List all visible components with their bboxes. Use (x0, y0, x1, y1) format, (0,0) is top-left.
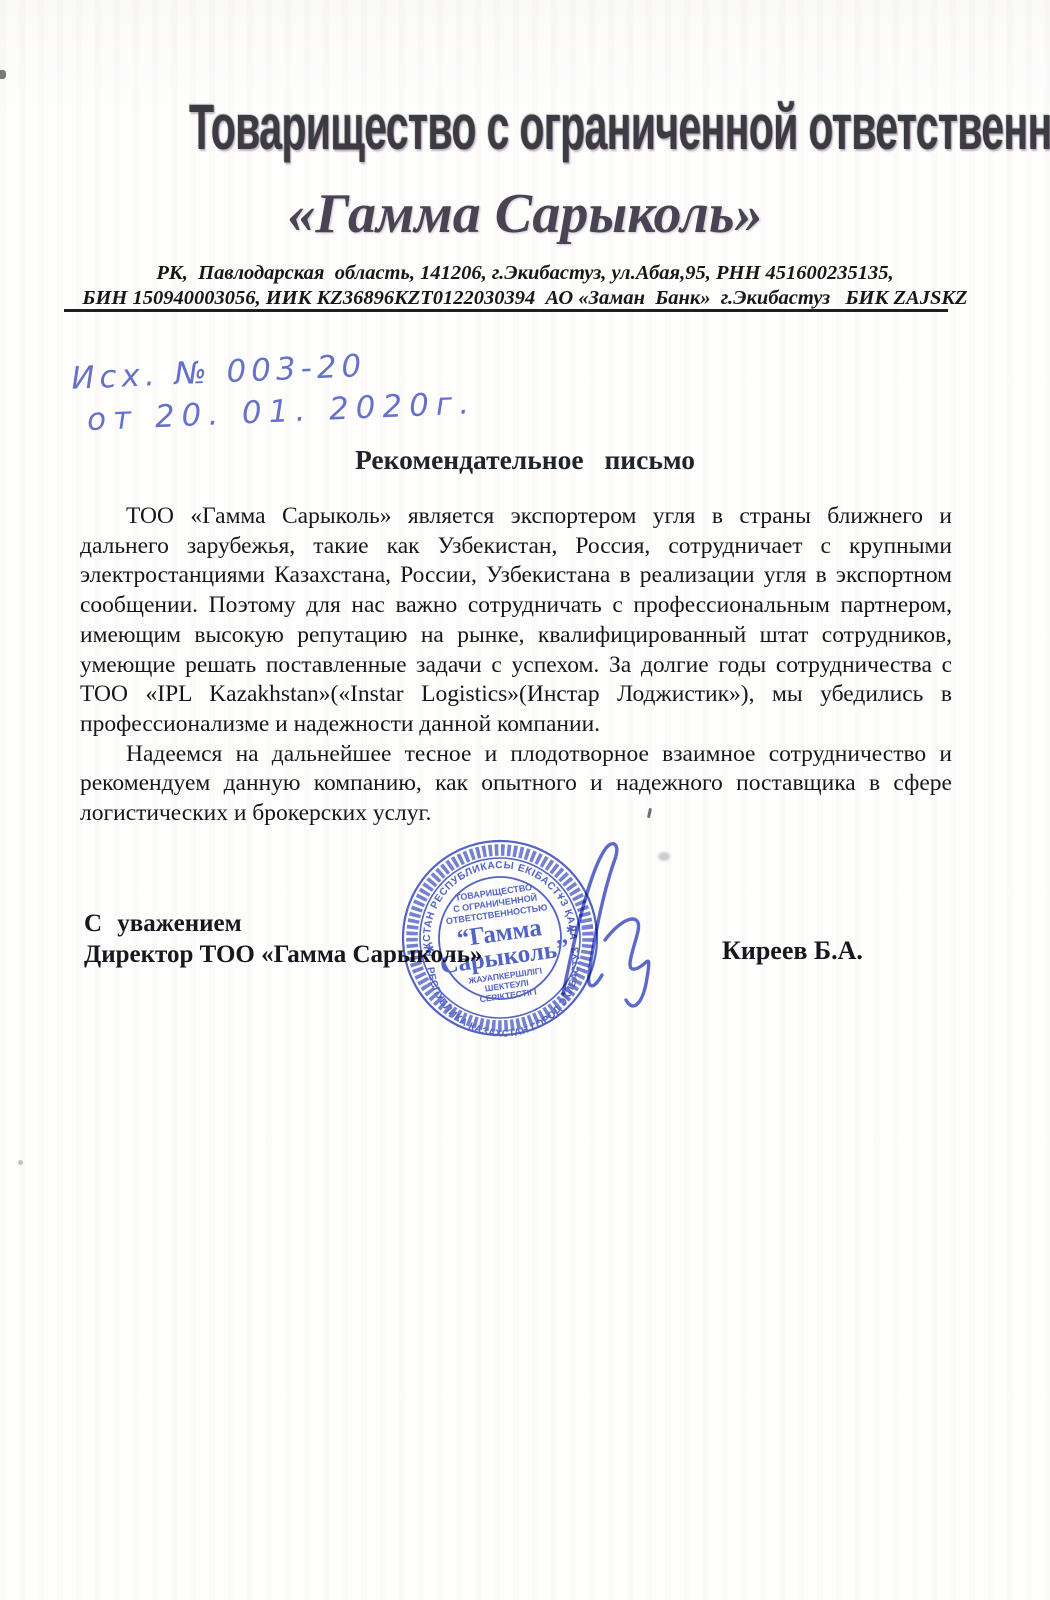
paragraph-1: ТОО «Гамма Сарыколь» является экспортеро… (80, 502, 952, 740)
stamp-star-left-icon: ✱ (425, 943, 436, 956)
paragraph-2: Надеемся на дальнейшее тесное и плодотво… (80, 740, 952, 829)
letter-body: ТОО «Гамма Сарыколь» является экспортеро… (80, 502, 952, 829)
letter-title: Рекомендательное письмо (0, 444, 1050, 476)
signature-svg (505, 822, 685, 1017)
scan-artifact-edge-mark (0, 70, 6, 79)
letterhead-address-line-2: БИН 150940003056, ИИК KZ36896KZT01220303… (0, 287, 1050, 310)
letterhead-rule (64, 309, 948, 312)
handwritten-block: Исх. № 003-20 от 20. 01. 2020г. (70, 340, 477, 442)
scanned-letter-page: Товарищество с ограниченной ответственно… (0, 0, 1050, 1600)
letterhead-address-line-1: РК, Павлодарская область, 141206, г.Экиб… (0, 262, 1050, 285)
org-type-title: Товарищество с ограниченной ответственно… (189, 92, 861, 162)
signatory-name: Киреев Б.А. (722, 936, 863, 966)
org-name-title: «Гамма Сарыколь» (0, 182, 1050, 246)
handwritten-signature-icon (505, 822, 685, 1017)
scan-artifact-dot (18, 1160, 23, 1165)
